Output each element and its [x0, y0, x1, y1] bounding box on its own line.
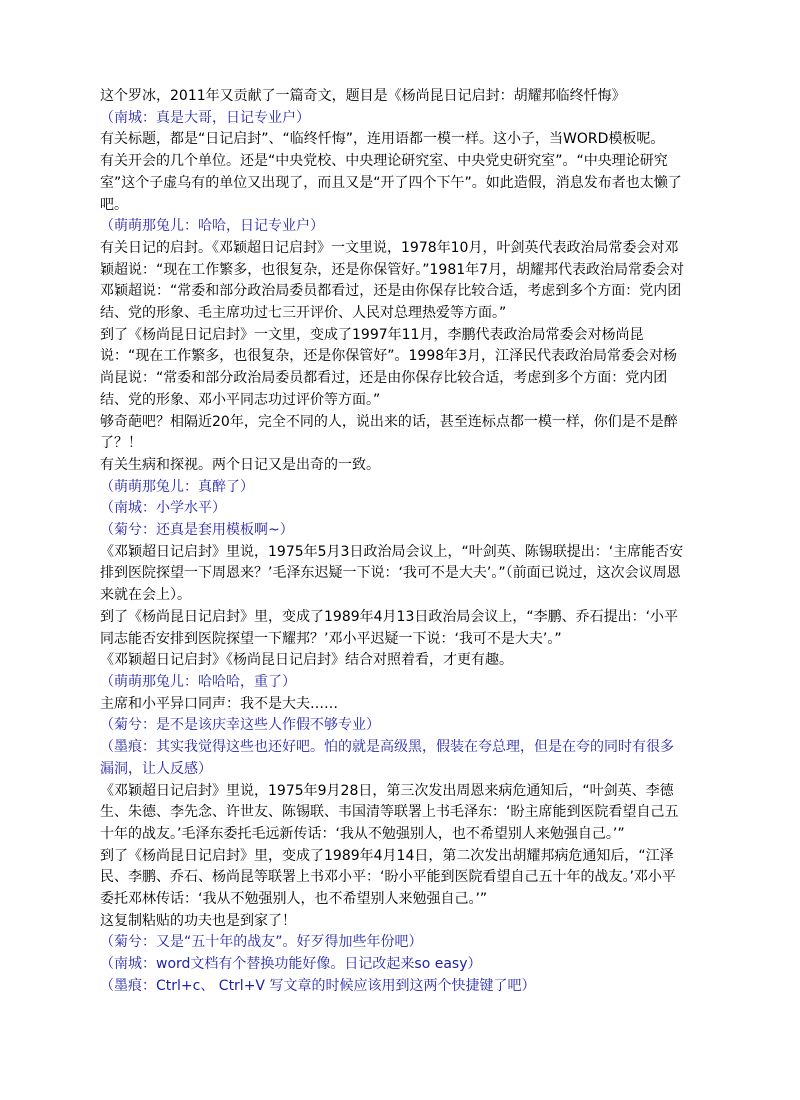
reader-comment: （萌萌那兔儿：哈哈哈，重了）: [100, 672, 685, 694]
body-paragraph: 《邓颖超日记启封》里说，1975年9月28日，第三次发出周恩来病危通知后，“叶剑…: [100, 781, 685, 846]
body-paragraph: 这个罗冰，2011年又贡献了一篇奇文，题目是《杨尚昆日记启封：胡耀邦临终忏悔》: [100, 86, 685, 108]
body-paragraph: 《邓颖超日记启封》《杨尚昆日记启封》结合对照着看，才更有趣。: [100, 650, 685, 672]
reader-comment: （菊兮：是不是该庆幸这些人作假不够专业）: [100, 715, 685, 737]
document-page: 这个罗冰，2011年又贡献了一篇奇文，题目是《杨尚昆日记启封：胡耀邦临终忏悔》 …: [100, 86, 685, 998]
reader-comment: （萌萌那兔儿：哈哈，日记专业户）: [100, 216, 685, 238]
reader-comment: （墨痕：Ctrl+c、 Ctrl+V 写文章的时候应该用到这两个快捷键了吧）: [100, 976, 685, 998]
reader-comment: （菊兮：又是“五十年的战友”。好歹得加些年份吧）: [100, 932, 685, 954]
reader-comment: （菊兮：还真是套用模板啊~）: [100, 520, 685, 542]
reader-comment: （南城：word文档有个替换功能好像。日记改起来so easy）: [100, 954, 685, 976]
body-paragraph: 到了《杨尚昆日记启封》里，变成了1989年4月13日政治局会议上，“李鹏、乔石提…: [100, 607, 685, 650]
body-paragraph: 主席和小平异口同声：我不是大夫……: [100, 694, 685, 716]
body-paragraph: 够奇葩吧？相隔近20年，完全不同的人，说出来的话，甚至连标点都一模一样，你们是不…: [100, 412, 685, 455]
reader-comment: （南城：真是大哥，日记专业户）: [100, 108, 685, 130]
body-paragraph: 有关生病和探视。两个日记又是出奇的一致。: [100, 455, 685, 477]
body-paragraph: 这复制粘贴的功夫也是到家了！: [100, 911, 685, 933]
body-paragraph: 有关标题，都是“日记启封”、“临终忏悔”，连用语都一模一样。这小子，当WORD模…: [100, 129, 685, 151]
body-paragraph: 有关日记的启封。《邓颖超日记启封》一文里说，1978年10月，叶剑英代表政治局常…: [100, 238, 685, 325]
reader-comment: （萌萌那兔儿：真醉了）: [100, 477, 685, 499]
body-paragraph: 到了《杨尚昆日记启封》里，变成了1989年4月14日，第二次发出胡耀邦病危通知后…: [100, 846, 685, 911]
reader-comment: （南城：小学水平）: [100, 498, 685, 520]
reader-comment: （墨痕：其实我觉得这些也还好吧。怕的就是高级黑，假装在夸总理，但是在夸的同时有很…: [100, 737, 685, 780]
body-paragraph: 有关开会的几个单位。还是“中央党校、中央理论研究室、中央党史研究室”。“中央理论…: [100, 151, 685, 216]
body-paragraph: 到了《杨尚昆日记启封》一文里，变成了1997年11月，李鹏代表政治局常委会对杨尚…: [100, 325, 685, 412]
body-paragraph: 《邓颖超日记启封》里说，1975年5月3日政治局会议上，“叶剑英、陈锡联提出：‘…: [100, 542, 685, 607]
